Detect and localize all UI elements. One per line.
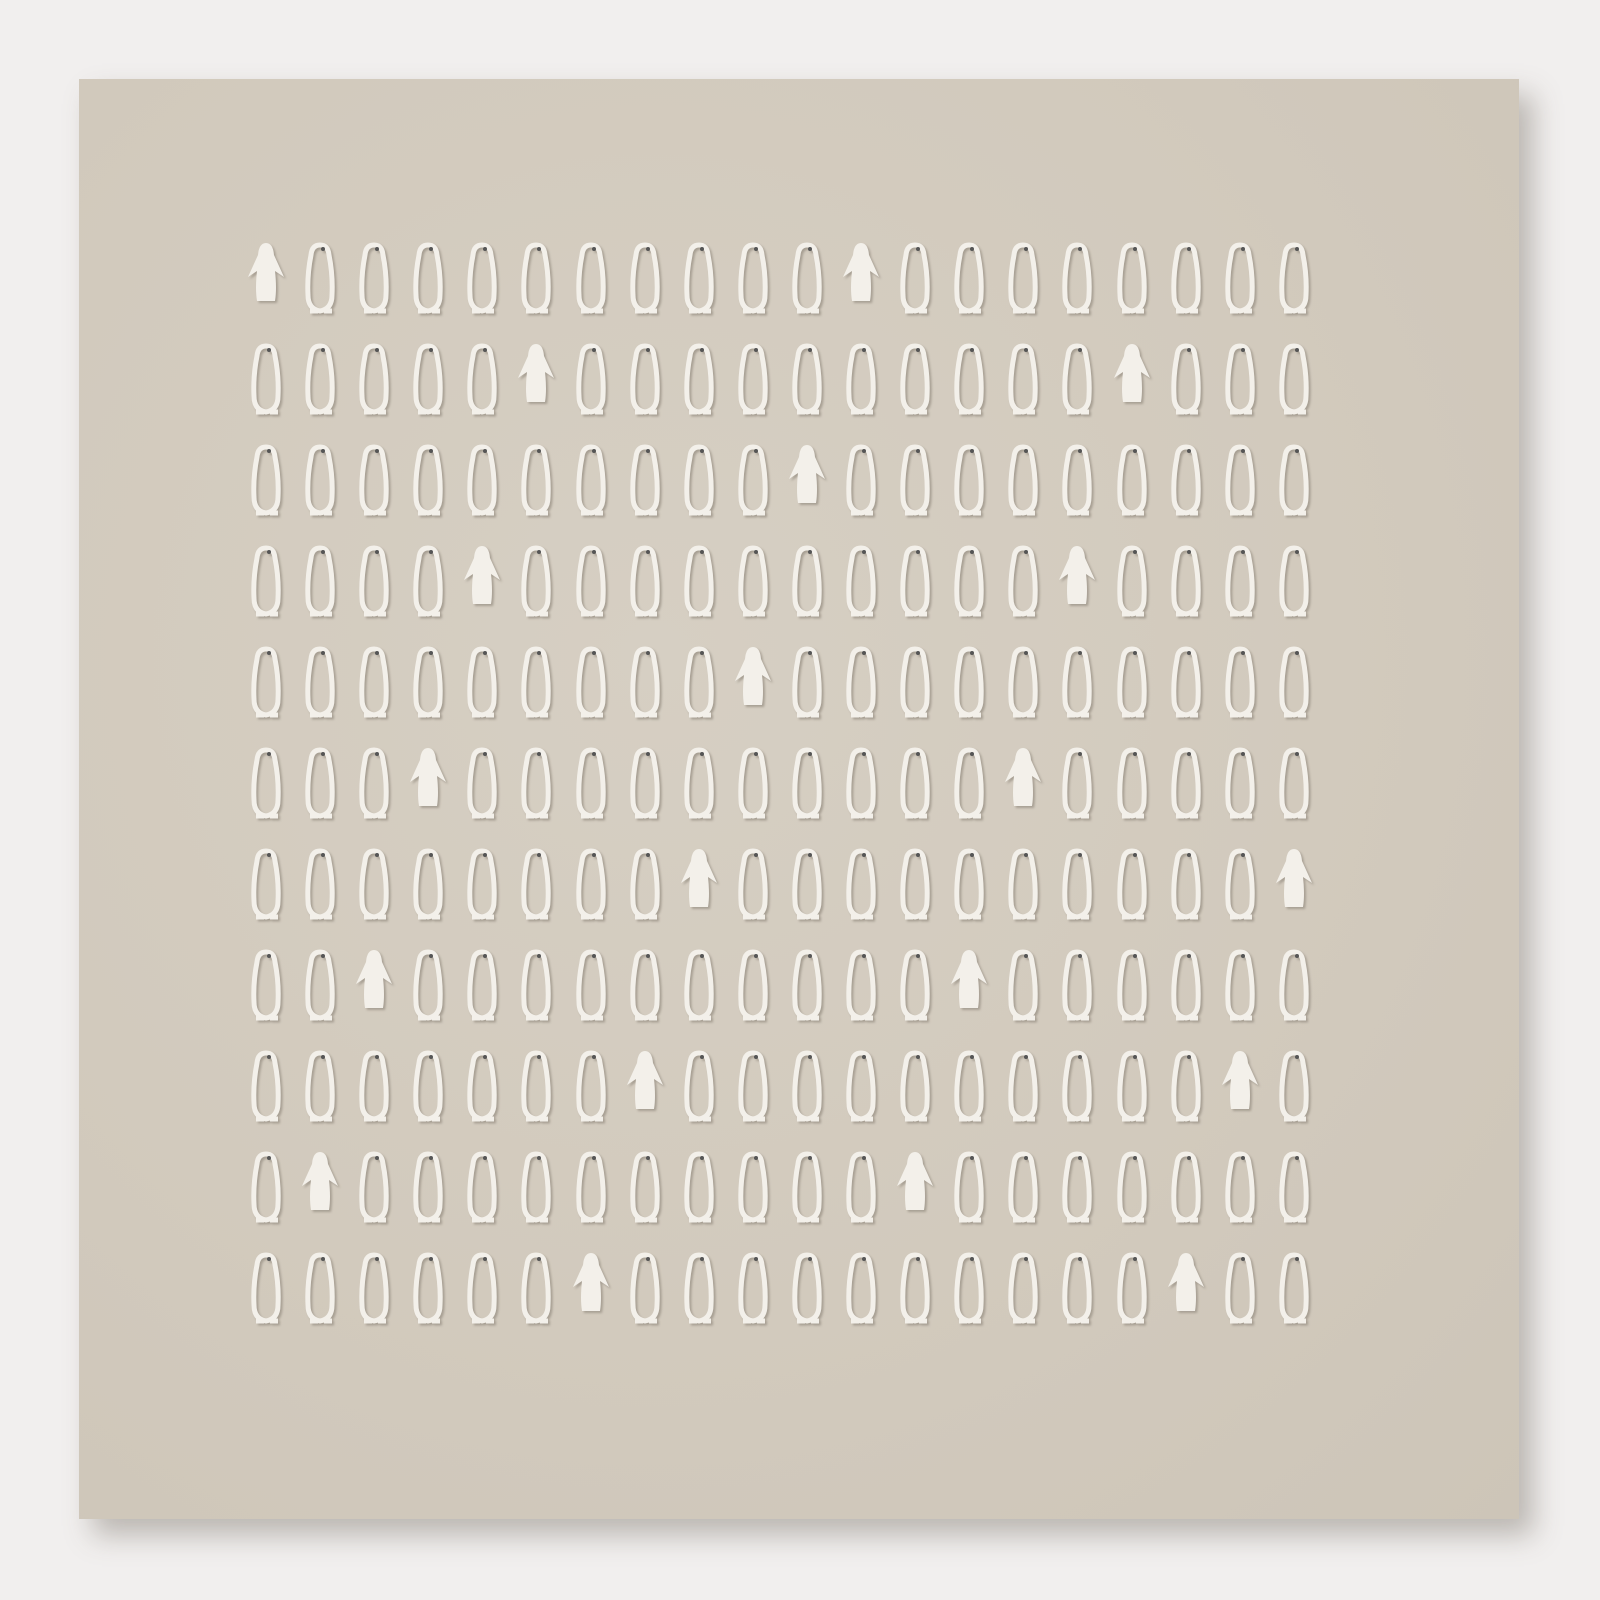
penguin-figure: [300, 1247, 340, 1329]
penguin-figure: [1003, 742, 1043, 824]
penguin-figure: [354, 237, 394, 319]
penguin-figure: [679, 1146, 719, 1228]
penguin-row: [246, 531, 1314, 632]
penguin-figure: [1166, 1146, 1206, 1228]
penguin-figure: [1220, 1146, 1260, 1228]
penguin-figure: [354, 1247, 394, 1329]
penguin-figure: [516, 540, 556, 622]
penguin-figure: [841, 540, 881, 622]
penguin-figure: [246, 641, 286, 723]
penguin-grid: [246, 228, 1314, 1338]
penguin-figure: [733, 742, 773, 824]
penguin-figure: [571, 1247, 611, 1329]
penguin-figure: [625, 237, 665, 319]
penguin-figure: [1003, 1045, 1043, 1127]
penguin-figure: [1220, 540, 1260, 622]
penguin-figure: [625, 1045, 665, 1127]
penguin-figure: [300, 944, 340, 1026]
penguin-figure: [462, 843, 502, 925]
penguin-figure: [1220, 439, 1260, 521]
penguin-figure: [1003, 641, 1043, 723]
penguin-figure: [1220, 1247, 1260, 1329]
penguin-figure: [1003, 1247, 1043, 1329]
penguin-figure: [571, 439, 611, 521]
penguin-row: [246, 934, 1314, 1035]
penguin-row: [246, 833, 1314, 934]
penguin-figure: [462, 641, 502, 723]
penguin-figure: [733, 843, 773, 925]
penguin-figure: [625, 1247, 665, 1329]
penguin-figure: [679, 742, 719, 824]
penguin-figure: [1274, 338, 1314, 420]
penguin-figure: [1166, 237, 1206, 319]
penguin-figure: [462, 944, 502, 1026]
penguin-figure: [408, 237, 448, 319]
penguin-row: [246, 228, 1314, 329]
penguin-figure: [625, 641, 665, 723]
penguin-figure: [733, 1247, 773, 1329]
penguin-figure: [841, 742, 881, 824]
penguin-figure: [733, 540, 773, 622]
penguin-row: [246, 733, 1314, 834]
penguin-figure: [1112, 641, 1152, 723]
penguin-figure: [625, 1146, 665, 1228]
penguin-figure: [1112, 843, 1152, 925]
penguin-figure: [1274, 1045, 1314, 1127]
penguin-figure: [1057, 338, 1097, 420]
penguin-figure: [300, 237, 340, 319]
penguin-figure: [1166, 439, 1206, 521]
penguin-figure: [895, 742, 935, 824]
penguin-figure: [1112, 540, 1152, 622]
penguin-figure: [949, 641, 989, 723]
penguin-figure: [300, 1045, 340, 1127]
penguin-figure: [571, 1146, 611, 1228]
penguin-figure: [1112, 237, 1152, 319]
penguin-figure: [625, 540, 665, 622]
penguin-figure: [1274, 843, 1314, 925]
penguin-figure: [246, 1045, 286, 1127]
penguin-figure: [1112, 944, 1152, 1026]
penguin-figure: [949, 338, 989, 420]
penguin-figure: [679, 843, 719, 925]
penguin-figure: [1003, 439, 1043, 521]
penguin-figure: [949, 1146, 989, 1228]
penguin-figure: [625, 843, 665, 925]
penguin-figure: [1166, 843, 1206, 925]
penguin-figure: [949, 843, 989, 925]
penguin-figure: [462, 338, 502, 420]
penguin-figure: [300, 1146, 340, 1228]
penguin-row: [246, 430, 1314, 531]
penguin-figure: [949, 1247, 989, 1329]
penguin-figure: [462, 1146, 502, 1228]
penguin-figure: [733, 338, 773, 420]
penguin-figure: [949, 742, 989, 824]
penguin-figure: [895, 338, 935, 420]
penguin-figure: [571, 742, 611, 824]
penguin-figure: [1112, 1146, 1152, 1228]
penguin-figure: [895, 237, 935, 319]
penguin-figure: [516, 338, 556, 420]
penguin-figure: [625, 439, 665, 521]
penguin-figure: [516, 439, 556, 521]
penguin-row: [246, 1136, 1314, 1237]
penguin-figure: [841, 237, 881, 319]
penguin-figure: [895, 439, 935, 521]
penguin-figure: [1274, 237, 1314, 319]
penguin-figure: [625, 944, 665, 1026]
penguin-figure: [1274, 540, 1314, 622]
penguin-row: [246, 632, 1314, 733]
penguin-figure: [571, 1045, 611, 1127]
penguin-figure: [354, 439, 394, 521]
penguin-figure: [733, 439, 773, 521]
penguin-figure: [571, 641, 611, 723]
penguin-figure: [787, 540, 827, 622]
penguin-figure: [408, 843, 448, 925]
penguin-figure: [949, 540, 989, 622]
penguin-figure: [1166, 338, 1206, 420]
penguin-figure: [1112, 338, 1152, 420]
penguin-figure: [1166, 742, 1206, 824]
penguin-figure: [1112, 1045, 1152, 1127]
penguin-figure: [354, 1146, 394, 1228]
penguin-figure: [1057, 742, 1097, 824]
penguin-figure: [949, 237, 989, 319]
penguin-figure: [1057, 944, 1097, 1026]
penguin-figure: [354, 540, 394, 622]
penguin-figure: [787, 742, 827, 824]
penguin-figure: [1274, 641, 1314, 723]
penguin-figure: [895, 843, 935, 925]
penguin-figure: [354, 1045, 394, 1127]
penguin-figure: [733, 237, 773, 319]
penguin-figure: [1003, 237, 1043, 319]
penguin-figure: [1220, 843, 1260, 925]
penguin-figure: [787, 1045, 827, 1127]
penguin-figure: [1003, 540, 1043, 622]
penguin-figure: [516, 1045, 556, 1127]
penguin-figure: [246, 1146, 286, 1228]
penguin-figure: [516, 1146, 556, 1228]
penguin-figure: [841, 843, 881, 925]
penguin-figure: [408, 338, 448, 420]
penguin-figure: [1274, 742, 1314, 824]
penguin-figure: [571, 338, 611, 420]
penguin-figure: [787, 237, 827, 319]
penguin-figure: [1003, 944, 1043, 1026]
penguin-figure: [1003, 843, 1043, 925]
penguin-figure: [1112, 1247, 1152, 1329]
penguin-figure: [841, 641, 881, 723]
penguin-figure: [841, 338, 881, 420]
penguin-figure: [300, 843, 340, 925]
penguin-figure: [516, 742, 556, 824]
penguin-figure: [246, 843, 286, 925]
penguin-figure: [462, 742, 502, 824]
penguin-figure: [787, 843, 827, 925]
penguin-figure: [1057, 843, 1097, 925]
penguin-figure: [571, 843, 611, 925]
penguin-figure: [1057, 1045, 1097, 1127]
penguin-figure: [1166, 540, 1206, 622]
penguin-figure: [1274, 1146, 1314, 1228]
penguin-figure: [354, 843, 394, 925]
penguin-figure: [300, 742, 340, 824]
penguin-figure: [895, 540, 935, 622]
penguin-figure: [246, 237, 286, 319]
penguin-figure: [895, 1247, 935, 1329]
penguin-figure: [1057, 439, 1097, 521]
penguin-figure: [841, 1146, 881, 1228]
penguin-figure: [354, 641, 394, 723]
penguin-figure: [1166, 944, 1206, 1026]
penguin-figure: [571, 237, 611, 319]
penguin-figure: [462, 1045, 502, 1127]
penguin-figure: [1220, 237, 1260, 319]
penguin-figure: [1166, 641, 1206, 723]
penguin-figure: [246, 540, 286, 622]
penguin-figure: [1112, 439, 1152, 521]
penguin-figure: [1220, 338, 1260, 420]
penguin-figure: [354, 742, 394, 824]
penguin-figure: [462, 1247, 502, 1329]
penguin-figure: [1003, 338, 1043, 420]
penguin-figure: [246, 742, 286, 824]
penguin-figure: [787, 641, 827, 723]
penguin-figure: [246, 944, 286, 1026]
penguin-figure: [516, 843, 556, 925]
penguin-figure: [679, 540, 719, 622]
penguin-figure: [571, 944, 611, 1026]
penguin-figure: [408, 1045, 448, 1127]
penguin-figure: [679, 439, 719, 521]
penguin-row: [246, 1237, 1314, 1338]
penguin-figure: [787, 1146, 827, 1228]
penguin-figure: [408, 1146, 448, 1228]
penguin-figure: [516, 641, 556, 723]
penguin-figure: [895, 641, 935, 723]
penguin-figure: [571, 540, 611, 622]
penguin-figure: [1274, 944, 1314, 1026]
penguin-figure: [300, 338, 340, 420]
penguin-figure: [1166, 1247, 1206, 1329]
penguin-figure: [1274, 1247, 1314, 1329]
penguin-figure: [895, 944, 935, 1026]
penguin-figure: [787, 439, 827, 521]
penguin-figure: [246, 338, 286, 420]
penguin-figure: [408, 540, 448, 622]
penguin-figure: [949, 439, 989, 521]
penguin-figure: [516, 944, 556, 1026]
penguin-figure: [1274, 439, 1314, 521]
penguin-figure: [300, 540, 340, 622]
penguin-figure: [1057, 1247, 1097, 1329]
penguin-figure: [516, 1247, 556, 1329]
penguin-figure: [787, 944, 827, 1026]
penguin-figure: [408, 742, 448, 824]
penguin-figure: [733, 1146, 773, 1228]
penguin-figure: [679, 1045, 719, 1127]
penguin-figure: [408, 641, 448, 723]
penguin-figure: [733, 1045, 773, 1127]
penguin-figure: [841, 1045, 881, 1127]
penguin-figure: [841, 944, 881, 1026]
penguin-figure: [1112, 742, 1152, 824]
penguin-figure: [516, 237, 556, 319]
penguin-figure: [679, 944, 719, 1026]
penguin-figure: [733, 641, 773, 723]
penguin-figure: [949, 944, 989, 1026]
penguin-figure: [1220, 641, 1260, 723]
penguin-figure: [408, 1247, 448, 1329]
penguin-figure: [408, 944, 448, 1026]
penguin-figure: [895, 1045, 935, 1127]
penguin-row: [246, 329, 1314, 430]
penguin-figure: [625, 742, 665, 824]
penguin-figure: [1166, 1045, 1206, 1127]
penguin-figure: [1057, 540, 1097, 622]
penguin-figure: [787, 1247, 827, 1329]
penguin-figure: [949, 1045, 989, 1127]
penguin-figure: [462, 540, 502, 622]
penguin-figure: [462, 237, 502, 319]
penguin-figure: [625, 338, 665, 420]
penguin-figure: [1003, 1146, 1043, 1228]
penguin-figure: [679, 641, 719, 723]
penguin-figure: [841, 439, 881, 521]
penguin-figure: [408, 439, 448, 521]
penguin-figure: [679, 237, 719, 319]
penguin-figure: [895, 1146, 935, 1228]
penguin-figure: [679, 338, 719, 420]
penguin-figure: [1057, 1146, 1097, 1228]
penguin-figure: [787, 338, 827, 420]
penguin-figure: [1220, 944, 1260, 1026]
penguin-figure: [1057, 641, 1097, 723]
penguin-figure: [841, 1247, 881, 1329]
penguin-figure: [246, 1247, 286, 1329]
penguin-figure: [300, 439, 340, 521]
penguin-figure: [733, 944, 773, 1026]
penguin-figure: [354, 944, 394, 1026]
penguin-figure: [1220, 1045, 1260, 1127]
penguin-figure: [354, 338, 394, 420]
penguin-row: [246, 1035, 1314, 1136]
penguin-figure: [246, 439, 286, 521]
penguin-figure: [1220, 742, 1260, 824]
penguin-figure: [679, 1247, 719, 1329]
penguin-figure: [300, 641, 340, 723]
penguin-figure: [462, 439, 502, 521]
penguin-figure: [1057, 237, 1097, 319]
